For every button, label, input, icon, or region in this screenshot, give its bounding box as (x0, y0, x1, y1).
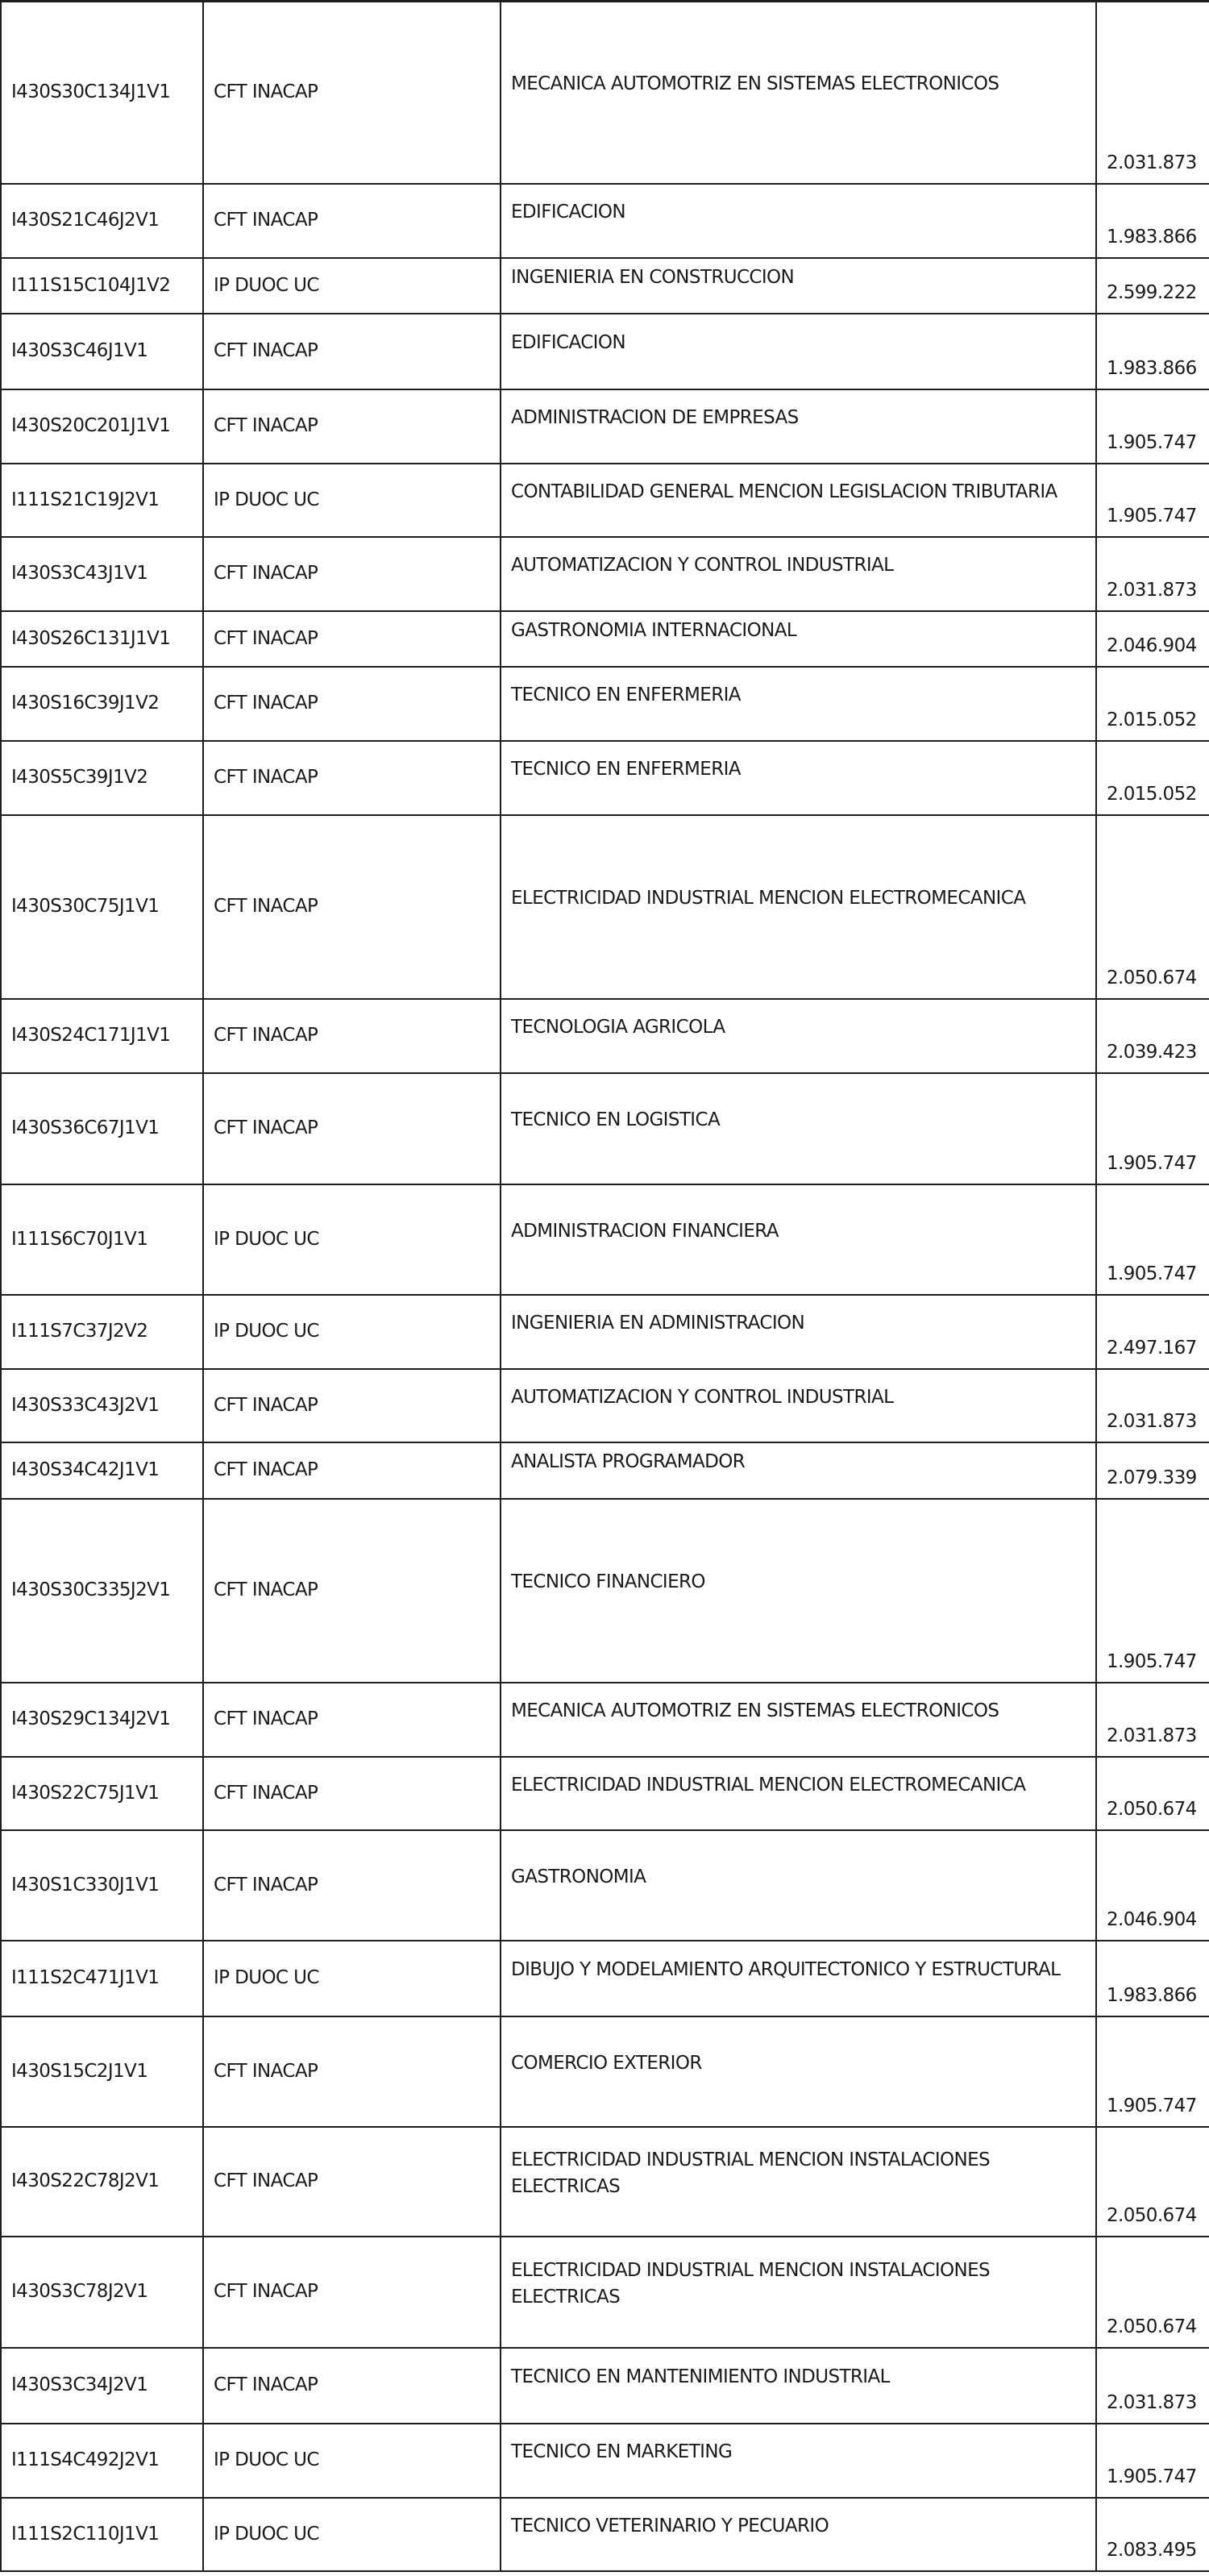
cell-institution: CFT INACAP (203, 1757, 501, 1830)
cell-code: I430S30C134J1V1 (1, 2, 203, 184)
cell-program: MECANICA AUTOMOTRIZ EN SISTEMAS ELECTRON… (501, 2, 1096, 184)
cell-institution: CFT INACAP (203, 389, 501, 464)
cell-program: TECNOLOGIA AGRICOLA (501, 999, 1096, 1073)
cell-code: I430S26C131J1V1 (1, 611, 203, 667)
cell-program: INGENIERIA EN ADMINISTRACION (501, 1295, 1096, 1369)
cell-amount: 2.050.674 (1096, 815, 1209, 999)
career-code: I430S22C75J1V1 (11, 1780, 199, 1807)
program-name: TECNICO FINANCIERO (511, 1569, 1087, 1596)
cell-code: I430S34C42J1V1 (1, 1442, 203, 1499)
cell-amount: 2.031.873 (1096, 2348, 1209, 2424)
table-row: I430S26C131J1V1 CFT INACAP GASTRONOMIA I… (1, 611, 1209, 667)
cell-program: ADMINISTRACION DE EMPRESAS (501, 389, 1096, 464)
table-row: I430S33C43J2V1 CFT INACAP AUTOMATIZACION… (1, 1369, 1209, 1442)
career-code: I430S5C39J1V2 (11, 764, 199, 791)
cell-program: EDIFICACION (501, 184, 1096, 258)
institution-name: CFT INACAP (214, 2168, 500, 2195)
cell-institution: IP DUOC UC (203, 2424, 501, 2498)
program-name: AUTOMATIZACION Y CONTROL INDUSTRIAL (511, 552, 1087, 579)
table-row: I111S15C104J1V2 IP DUOC UC INGENIERIA EN… (1, 258, 1209, 314)
table-row: I111S21C19J2V1 IP DUOC UC CONTABILIDAD G… (1, 464, 1209, 537)
cell-amount: 2.599.222 (1096, 258, 1209, 314)
institution-name: CFT INACAP (214, 1457, 500, 1484)
career-code: I111S2C110J1V1 (11, 2521, 199, 2548)
program-name: TECNICO VETERINARIO Y PECUARIO (511, 2513, 1087, 2540)
cell-code: I430S20C201J1V1 (1, 389, 203, 464)
cell-code: I111S21C19J2V1 (1, 464, 203, 537)
institution-name: CFT INACAP (214, 1780, 500, 1807)
cell-code: I430S1C330J1V1 (1, 1830, 203, 1941)
career-code: I430S16C39J1V2 (11, 690, 199, 717)
cell-code: I430S29C134J2V1 (1, 1683, 203, 1757)
career-code: I430S30C134J1V1 (11, 79, 199, 106)
institution-name: CFT INACAP (214, 1115, 500, 1142)
amount-value: 2.015.052 (1107, 781, 1209, 808)
amount-value: 2.079.339 (1107, 1465, 1209, 1492)
institution-name: CFT INACAP (214, 2058, 500, 2085)
cell-code: I430S3C78J2V1 (1, 2237, 203, 2348)
cell-program: TECNICO VETERINARIO Y PECUARIO (501, 2498, 1096, 2571)
table-row: I111S6C70J1V1 IP DUOC UC ADMINISTRACION … (1, 1184, 1209, 1295)
career-code: I430S26C131J1V1 (11, 626, 199, 652)
table-row: I430S16C39J1V2 CFT INACAP TECNICO EN ENF… (1, 667, 1209, 741)
institution-name: IP DUOC UC (214, 1318, 500, 1345)
amount-value: 2.015.052 (1107, 707, 1209, 734)
cell-code: I111S2C110J1V1 (1, 2498, 203, 2571)
amount-value: 1.983.866 (1107, 356, 1209, 382)
cell-program: DIBUJO Y MODELAMIENTO ARQUITECTONICO Y E… (501, 1941, 1096, 2016)
amount-value: 2.050.674 (1107, 965, 1209, 992)
cell-code: I430S3C43J1V1 (1, 537, 203, 611)
amount-value: 1.905.747 (1107, 503, 1209, 530)
program-name: INGENIERIA EN CONSTRUCCION (511, 264, 1087, 291)
program-name: TECNICO EN ENFERMERIA (511, 756, 1087, 783)
cell-code: I430S24C171J1V1 (1, 999, 203, 1073)
table-row: I430S36C67J1V1 CFT INACAP TECNICO EN LOG… (1, 1073, 1209, 1184)
amount-value: 2.599.222 (1107, 280, 1209, 306)
amount-value: 1.905.747 (1107, 1649, 1209, 1675)
table-row: I430S22C75J1V1 CFT INACAP ELECTRICIDAD I… (1, 1757, 1209, 1830)
cell-amount: 2.050.674 (1096, 2237, 1209, 2348)
cell-amount: 2.015.052 (1096, 741, 1209, 815)
program-name: ANALISTA PROGRAMADOR (511, 1449, 1087, 1475)
career-code: I111S21C19J2V1 (11, 487, 199, 514)
table-row: I430S20C201J1V1 CFT INACAP ADMINISTRACIO… (1, 389, 1209, 464)
cell-institution: CFT INACAP (203, 1683, 501, 1757)
cell-code: I430S30C335J2V1 (1, 1499, 203, 1683)
cell-amount: 1.905.747 (1096, 389, 1209, 464)
career-code: I430S3C34J2V1 (11, 2372, 199, 2399)
cell-code: I430S30C75J1V1 (1, 815, 203, 999)
institution-name: CFT INACAP (214, 893, 500, 920)
cell-code: I430S33C43J2V1 (1, 1369, 203, 1442)
cell-code: I111S7C37J2V2 (1, 1295, 203, 1369)
career-code: I430S3C78J2V1 (11, 2278, 199, 2305)
cell-code: I430S3C46J1V1 (1, 314, 203, 389)
amount-value: 2.031.873 (1107, 150, 1209, 177)
cell-institution: CFT INACAP (203, 2237, 501, 2348)
cell-program: AUTOMATIZACION Y CONTROL INDUSTRIAL (501, 1369, 1096, 1442)
cell-program: ELECTRICIDAD INDUSTRIAL MENCION INSTALAC… (501, 2127, 1096, 2237)
cell-code: I430S36C67J1V1 (1, 1073, 203, 1184)
career-code: I430S30C75J1V1 (11, 893, 199, 920)
career-code: I111S15C104J1V2 (11, 273, 199, 299)
table-row: I111S2C110J1V1 IP DUOC UC TECNICO VETERI… (1, 2498, 1209, 2571)
cell-code: I430S16C39J1V2 (1, 667, 203, 741)
cell-institution: CFT INACAP (203, 1499, 501, 1683)
program-name: TECNICO EN MARKETING (511, 2439, 1087, 2466)
cell-program: MECANICA AUTOMOTRIZ EN SISTEMAS ELECTRON… (501, 1683, 1096, 1757)
cell-program: ELECTRICIDAD INDUSTRIAL MENCION INSTALAC… (501, 2237, 1096, 2348)
cell-institution: CFT INACAP (203, 1442, 501, 1499)
cell-amount: 2.079.339 (1096, 1442, 1209, 1499)
table-row: I430S29C134J2V1 CFT INACAP MECANICA AUTO… (1, 1683, 1209, 1757)
institution-name: IP DUOC UC (214, 2447, 500, 2474)
program-name: ELECTRICIDAD INDUSTRIAL MENCION INSTALAC… (511, 2258, 1087, 2311)
cell-amount: 1.905.747 (1096, 2424, 1209, 2498)
amount-value: 2.031.873 (1107, 2390, 1209, 2416)
institution-name: CFT INACAP (214, 560, 500, 587)
cell-institution: CFT INACAP (203, 537, 501, 611)
table-row: I430S34C42J1V1 CFT INACAP ANALISTA PROGR… (1, 1442, 1209, 1499)
amount-value: 2.039.423 (1107, 1039, 1209, 1066)
program-name: GASTRONOMIA INTERNACIONAL (511, 618, 1087, 644)
program-name: ELECTRICIDAD INDUSTRIAL MENCION ELECTROM… (511, 1772, 1087, 1799)
table-row: I111S2C471J1V1 IP DUOC UC DIBUJO Y MODEL… (1, 1941, 1209, 2016)
institution-name: CFT INACAP (214, 764, 500, 791)
institution-name: IP DUOC UC (214, 1226, 500, 1253)
institution-name: CFT INACAP (214, 2372, 500, 2399)
amount-value: 2.046.904 (1107, 633, 1209, 660)
cell-institution: CFT INACAP (203, 2, 501, 184)
program-name: DIBUJO Y MODELAMIENTO ARQUITECTONICO Y E… (511, 1957, 1087, 1983)
table-row: I430S1C330J1V1 CFT INACAP GASTRONOMIA 2.… (1, 1830, 1209, 1941)
career-code: I430S3C46J1V1 (11, 338, 199, 364)
table-row: I430S30C335J2V1 CFT INACAP TECNICO FINAN… (1, 1499, 1209, 1683)
cell-code: I430S5C39J1V2 (1, 741, 203, 815)
table-row: I111S4C492J2V1 IP DUOC UC TECNICO EN MAR… (1, 2424, 1209, 2498)
cell-institution: CFT INACAP (203, 999, 501, 1073)
institution-name: CFT INACAP (214, 413, 500, 439)
institution-name: IP DUOC UC (214, 273, 500, 299)
amount-value: 1.905.747 (1107, 2464, 1209, 2491)
cell-institution: IP DUOC UC (203, 1184, 501, 1295)
cell-amount: 2.039.423 (1096, 999, 1209, 1073)
program-name: ELECTRICIDAD INDUSTRIAL MENCION INSTALAC… (511, 2147, 1087, 2200)
cell-amount: 2.015.052 (1096, 667, 1209, 741)
cell-code: I430S22C75J1V1 (1, 1757, 203, 1830)
program-name: EDIFICACION (511, 199, 1087, 226)
cell-amount: 1.983.866 (1096, 184, 1209, 258)
amount-value: 2.031.873 (1107, 577, 1209, 604)
cell-code: I430S15C2J1V1 (1, 2016, 203, 2127)
table-row: I430S3C46J1V1 CFT INACAP EDIFICACION 1.9… (1, 314, 1209, 389)
cell-amount: 1.983.866 (1096, 1941, 1209, 2016)
cell-amount: 2.031.873 (1096, 537, 1209, 611)
career-code: I430S24C171J1V1 (11, 1022, 199, 1049)
institution-name: CFT INACAP (214, 626, 500, 652)
amount-value: 2.050.674 (1107, 2314, 1209, 2341)
career-code: I430S20C201J1V1 (11, 413, 199, 439)
cell-program: GASTRONOMIA (501, 1830, 1096, 1941)
table-row: I430S21C46J2V1 CFT INACAP EDIFICACION 1.… (1, 184, 1209, 258)
table-row: I430S5C39J1V2 CFT INACAP TECNICO EN ENFE… (1, 741, 1209, 815)
institution-name: CFT INACAP (214, 79, 500, 106)
cell-code: I111S15C104J1V2 (1, 258, 203, 314)
cell-program: TECNICO EN MARKETING (501, 2424, 1096, 2498)
cell-amount: 2.046.904 (1096, 1830, 1209, 1941)
cell-code: I430S22C78J2V1 (1, 2127, 203, 2237)
cell-amount: 2.031.873 (1096, 1369, 1209, 1442)
cell-amount: 2.031.873 (1096, 1683, 1209, 1757)
amount-value: 1.905.747 (1107, 1261, 1209, 1288)
cell-code: I111S2C471J1V1 (1, 1941, 203, 2016)
career-code: I111S2C471J1V1 (11, 1965, 199, 1991)
cell-code: I430S21C46J2V1 (1, 184, 203, 258)
program-name: AUTOMATIZACION Y CONTROL INDUSTRIAL (511, 1384, 1087, 1411)
cell-institution: CFT INACAP (203, 815, 501, 999)
institution-name: IP DUOC UC (214, 2521, 500, 2548)
institution-name: CFT INACAP (214, 1022, 500, 1049)
cell-institution: CFT INACAP (203, 741, 501, 815)
institution-name: IP DUOC UC (214, 487, 500, 514)
cell-program: GASTRONOMIA INTERNACIONAL (501, 611, 1096, 667)
cell-institution: CFT INACAP (203, 1073, 501, 1184)
cell-program: ADMINISTRACION FINANCIERA (501, 1184, 1096, 1295)
cell-amount: 2.083.495 (1096, 2498, 1209, 2571)
cell-institution: IP DUOC UC (203, 464, 501, 537)
cell-amount: 2.031.873 (1096, 2, 1209, 184)
institution-name: CFT INACAP (214, 1872, 500, 1899)
career-code: I430S21C46J2V1 (11, 207, 199, 234)
careers-table: I430S30C134J1V1 CFT INACAP MECANICA AUTO… (0, 0, 1209, 2572)
table-row: I430S15C2J1V1 CFT INACAP COMERCIO EXTERI… (1, 2016, 1209, 2127)
institution-name: CFT INACAP (214, 1706, 500, 1733)
cell-institution: IP DUOC UC (203, 1295, 501, 1369)
cell-amount: 1.983.866 (1096, 314, 1209, 389)
table-row: I430S3C34J2V1 CFT INACAP TECNICO EN MANT… (1, 2348, 1209, 2424)
amount-value: 2.497.167 (1107, 1335, 1209, 1362)
cell-code: I111S6C70J1V1 (1, 1184, 203, 1295)
cell-program: TECNICO FINANCIERO (501, 1499, 1096, 1683)
program-name: TECNICO EN LOGISTICA (511, 1107, 1087, 1134)
amount-value: 1.905.747 (1107, 2093, 1209, 2120)
cell-program: CONTABILIDAD GENERAL MENCION LEGISLACION… (501, 464, 1096, 537)
institution-name: CFT INACAP (214, 2278, 500, 2305)
institution-name: CFT INACAP (214, 1577, 500, 1604)
career-code: I430S15C2J1V1 (11, 2058, 199, 2085)
program-name: ELECTRICIDAD INDUSTRIAL MENCION ELECTROM… (511, 885, 1087, 912)
program-name: COMERCIO EXTERIOR (511, 2050, 1087, 2077)
table-row: I430S30C134J1V1 CFT INACAP MECANICA AUTO… (1, 2, 1209, 184)
table-row: I430S3C43J1V1 CFT INACAP AUTOMATIZACION … (1, 537, 1209, 611)
table-row: I430S24C171J1V1 CFT INACAP TECNOLOGIA AG… (1, 999, 1209, 1073)
cell-institution: CFT INACAP (203, 184, 501, 258)
cell-program: TECNICO EN ENFERMERIA (501, 667, 1096, 741)
career-code: I430S3C43J1V1 (11, 560, 199, 587)
program-name: TECNICO EN MANTENIMIENTO INDUSTRIAL (511, 2364, 1087, 2391)
career-code: I111S6C70J1V1 (11, 1226, 199, 1253)
institution-name: CFT INACAP (214, 207, 500, 234)
cell-institution: CFT INACAP (203, 2127, 501, 2237)
cell-program: TECNICO EN MANTENIMIENTO INDUSTRIAL (501, 2348, 1096, 2424)
program-name: GASTRONOMIA (511, 1864, 1087, 1891)
amount-value: 1.905.747 (1107, 430, 1209, 456)
cell-program: AUTOMATIZACION Y CONTROL INDUSTRIAL (501, 537, 1096, 611)
cell-amount: 2.497.167 (1096, 1295, 1209, 1369)
cell-code: I430S3C34J2V1 (1, 2348, 203, 2424)
amount-value: 1.983.866 (1107, 1983, 1209, 2009)
amount-value: 2.031.873 (1107, 1409, 1209, 1435)
career-code: I430S29C134J2V1 (11, 1706, 199, 1733)
institution-name: CFT INACAP (214, 1392, 500, 1419)
cell-program: COMERCIO EXTERIOR (501, 2016, 1096, 2127)
career-code: I111S7C37J2V2 (11, 1318, 199, 1345)
cell-institution: CFT INACAP (203, 2348, 501, 2424)
table-row: I111S7C37J2V2 IP DUOC UC INGENIERIA EN A… (1, 1295, 1209, 1369)
cell-institution: CFT INACAP (203, 611, 501, 667)
cell-amount: 2.046.904 (1096, 611, 1209, 667)
career-code: I430S30C335J2V1 (11, 1577, 199, 1604)
career-code: I430S1C330J1V1 (11, 1872, 199, 1899)
program-name: TECNOLOGIA AGRICOLA (511, 1014, 1087, 1041)
table-row: I430S3C78J2V1 CFT INACAP ELECTRICIDAD IN… (1, 2237, 1209, 2348)
cell-amount: 1.905.747 (1096, 1073, 1209, 1184)
program-name: TECNICO EN ENFERMERIA (511, 682, 1087, 709)
cell-program: TECNICO EN LOGISTICA (501, 1073, 1096, 1184)
career-code: I111S4C492J2V1 (11, 2447, 199, 2474)
institution-name: IP DUOC UC (214, 1965, 500, 1991)
table-body: I430S30C134J1V1 CFT INACAP MECANICA AUTO… (1, 2, 1209, 2571)
amount-value: 2.046.904 (1107, 1907, 1209, 1933)
cell-institution: CFT INACAP (203, 667, 501, 741)
program-name: INGENIERIA EN ADMINISTRACION (511, 1310, 1087, 1337)
career-code: I430S36C67J1V1 (11, 1115, 199, 1142)
program-name: ADMINISTRACION FINANCIERA (511, 1218, 1087, 1245)
amount-value: 1.983.866 (1107, 224, 1209, 251)
program-name: CONTABILIDAD GENERAL MENCION LEGISLACION… (511, 479, 1087, 506)
program-name: ADMINISTRACION DE EMPRESAS (511, 405, 1087, 431)
cell-institution: CFT INACAP (203, 2016, 501, 2127)
cell-institution: CFT INACAP (203, 314, 501, 389)
cell-institution: IP DUOC UC (203, 1941, 501, 2016)
cell-program: INGENIERIA EN CONSTRUCCION (501, 258, 1096, 314)
cell-program: ELECTRICIDAD INDUSTRIAL MENCION ELECTROM… (501, 1757, 1096, 1830)
program-name: EDIFICACION (511, 330, 1087, 356)
cell-program: EDIFICACION (501, 314, 1096, 389)
cell-amount: 2.050.674 (1096, 1757, 1209, 1830)
cell-program: TECNICO EN ENFERMERIA (501, 741, 1096, 815)
cell-program: ELECTRICIDAD INDUSTRIAL MENCION ELECTROM… (501, 815, 1096, 999)
table-row: I430S22C78J2V1 CFT INACAP ELECTRICIDAD I… (1, 2127, 1209, 2237)
career-code: I430S22C78J2V1 (11, 2168, 199, 2195)
cell-amount: 1.905.747 (1096, 1499, 1209, 1683)
amount-value: 1.905.747 (1107, 1151, 1209, 1177)
amount-value: 2.031.873 (1107, 1723, 1209, 1750)
program-name: MECANICA AUTOMOTRIZ EN SISTEMAS ELECTRON… (511, 1698, 1087, 1725)
career-code: I430S34C42J1V1 (11, 1457, 199, 1484)
cell-amount: 2.050.674 (1096, 2127, 1209, 2237)
program-name: MECANICA AUTOMOTRIZ EN SISTEMAS ELECTRON… (511, 71, 1087, 98)
cell-amount: 1.905.747 (1096, 464, 1209, 537)
amount-value: 2.050.674 (1107, 2203, 1209, 2229)
amount-value: 2.050.674 (1107, 1796, 1209, 1823)
cell-amount: 1.905.747 (1096, 2016, 1209, 2127)
cell-institution: CFT INACAP (203, 1830, 501, 1941)
cell-amount: 1.905.747 (1096, 1184, 1209, 1295)
career-code: I430S33C43J2V1 (11, 1392, 199, 1419)
cell-program: ANALISTA PROGRAMADOR (501, 1442, 1096, 1499)
amount-value: 2.083.495 (1107, 2537, 1209, 2564)
cell-institution: CFT INACAP (203, 1369, 501, 1442)
institution-name: CFT INACAP (214, 338, 500, 364)
institution-name: CFT INACAP (214, 690, 500, 717)
cell-institution: IP DUOC UC (203, 2498, 501, 2571)
cell-code: I111S4C492J2V1 (1, 2424, 203, 2498)
table-row: I430S30C75J1V1 CFT INACAP ELECTRICIDAD I… (1, 815, 1209, 999)
cell-institution: IP DUOC UC (203, 258, 501, 314)
